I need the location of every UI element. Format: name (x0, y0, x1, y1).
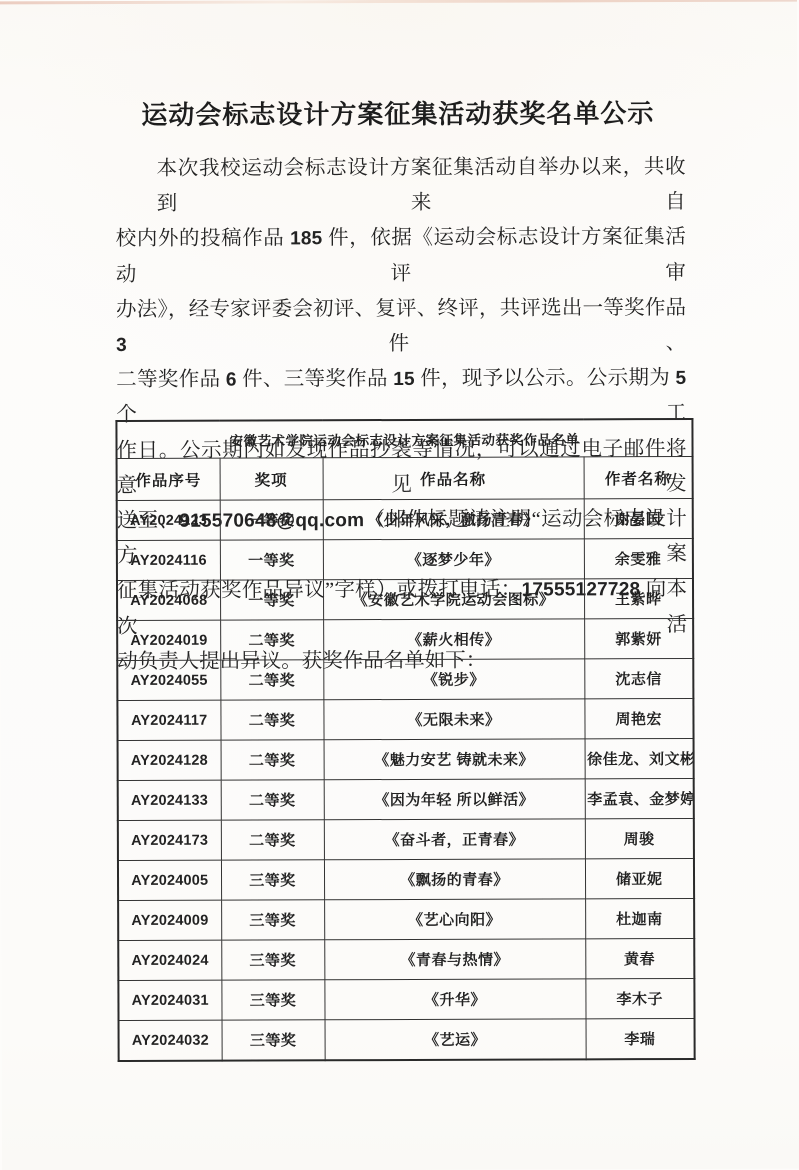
header-award: 奖项 (220, 458, 323, 500)
cell-award: 二等奖 (220, 700, 323, 740)
cell-work-id: AY2024133 (118, 780, 221, 820)
cell-work-title: 《薪火相传》 (323, 619, 584, 660)
cell-work-id: AY2024128 (118, 740, 221, 780)
table-row: AY2024019二等奖《薪火相传》郭紫妍 (117, 618, 693, 660)
table-row: AY2024024三等奖《青春与热情》黄春 (118, 938, 694, 980)
table-row: AY2024128二等奖《魅力安艺 铸就未来》徐佳龙、刘文彬 (118, 738, 694, 780)
table-row: AY2024005三等奖《飘扬的青春》储亚妮 (118, 858, 694, 900)
cell-author: 王紫晔 (584, 578, 693, 618)
cell-award: 一等奖 (220, 500, 323, 540)
scan-edge-artifact (0, 0, 797, 4)
table-title: 安徽艺术学院运动会标志设计方案征集活动获奖作品名单 (116, 419, 692, 459)
header-work-id: 作品序号 (117, 458, 220, 500)
header-work-title: 作品名称 (323, 457, 584, 500)
document-title: 运动会标志设计方案征集活动获奖名单公示 (0, 98, 797, 133)
table-header-row: 作品序号 奖项 作品名称 作者名称 (117, 456, 693, 500)
cell-work-id: AY2024009 (118, 900, 221, 940)
cell-award: 一等奖 (220, 540, 323, 580)
cell-work-title: 《锐步》 (323, 659, 584, 700)
cell-work-id: AY2024117 (117, 700, 220, 740)
cell-award: 三等奖 (221, 980, 324, 1020)
cell-work-title: 《艺心向阳》 (324, 899, 585, 940)
cell-author: 杜迦南 (585, 898, 694, 938)
cell-award: 二等奖 (221, 740, 324, 780)
table-row: AY2024173二等奖《奋斗者，正青春》周骏 (118, 818, 694, 860)
table-body: AY2024123一等奖《少年风采，激扬青春》谢晏国AY2024116一等奖《逐… (117, 498, 695, 1061)
cell-author: 徐佳龙、刘文彬 (585, 738, 694, 778)
cell-work-title: 《魅力安艺 铸就未来》 (324, 739, 585, 780)
cell-author: 郭紫妍 (584, 618, 693, 658)
cell-work-id: AY2024005 (118, 860, 221, 900)
cell-work-id: AY2024068 (117, 580, 220, 620)
table-row: AY2024031三等奖《升华》李木子 (118, 978, 694, 1020)
cell-work-id: AY2024031 (118, 980, 221, 1020)
table-row: AY2024032三等奖《艺运》李瑞 (119, 1018, 695, 1061)
cell-author: 周艳宏 (584, 698, 693, 738)
cell-work-title: 《升华》 (324, 979, 585, 1020)
table-row: AY2024116一等奖《逐梦少年》余雯雅 (117, 538, 693, 580)
cell-work-id: AY2024123 (117, 500, 220, 540)
cell-author: 李孟袁、金梦婷 (585, 778, 694, 818)
cell-award: 二等奖 (221, 780, 324, 820)
paragraph-line: 本次我校运动会标志设计方案征集活动自举办以来，共收到来自 (115, 150, 685, 222)
cell-work-id: AY2024019 (117, 620, 220, 660)
cell-work-id: AY2024024 (118, 940, 221, 980)
cell-work-title: 《青春与热情》 (324, 939, 585, 980)
cell-author: 黄春 (585, 938, 694, 978)
cell-work-title: 《无限未来》 (323, 699, 584, 740)
cell-author: 周骏 (585, 818, 694, 858)
cell-award: 二等奖 (220, 620, 323, 660)
cell-work-id: AY2024116 (117, 540, 220, 580)
cell-work-title: 《飘扬的青春》 (324, 859, 585, 900)
cell-award: 三等奖 (221, 940, 324, 980)
scanned-page: 运动会标志设计方案征集活动获奖名单公示 本次我校运动会标志设计方案征集活动自举办… (0, 0, 799, 1170)
header-author: 作者名称 (584, 456, 693, 498)
cell-author: 储亚妮 (585, 858, 694, 898)
cell-award: 二等奖 (221, 820, 324, 860)
cell-award: 三等奖 (221, 900, 324, 940)
cell-work-id: AY2024032 (119, 1020, 222, 1061)
cell-work-title: 《因为年轻 所以鲜活》 (324, 779, 585, 820)
table-title-row: 安徽艺术学院运动会标志设计方案征集活动获奖作品名单 (116, 419, 692, 459)
cell-award: 一等奖 (220, 580, 323, 620)
cell-work-title: 《少年风采，激扬青春》 (323, 499, 584, 540)
cell-work-title: 《奋斗者，正青春》 (324, 819, 585, 860)
award-table: 安徽艺术学院运动会标志设计方案征集活动获奖作品名单 作品序号 奖项 作品名称 作… (115, 418, 695, 1062)
cell-author: 谢晏国 (584, 498, 693, 538)
cell-author: 余雯雅 (584, 538, 693, 578)
table-row: AY2024117二等奖《无限未来》周艳宏 (117, 698, 693, 740)
table-row: AY2024068一等奖《安徽艺术学院运动会图标》王紫晔 (117, 578, 693, 620)
table-row: AY2024055二等奖《锐步》沈志信 (117, 658, 693, 700)
paragraph-line: 办法》，经专家评委会初评、复评、终评，共评选出一等奖作品 3 件、 (116, 291, 686, 363)
cell-award: 二等奖 (220, 660, 323, 700)
table-row: AY2024133二等奖《因为年轻 所以鲜活》李孟袁、金梦婷 (118, 778, 694, 820)
cell-work-title: 《安徽艺术学院运动会图标》 (323, 579, 584, 620)
table-row: AY2024009三等奖《艺心向阳》杜迦南 (118, 898, 694, 940)
cell-work-id: AY2024055 (117, 660, 220, 700)
cell-work-title: 《艺运》 (325, 1019, 586, 1060)
paragraph-line: 校内外的投稿作品 185 件，依据《运动会标志设计方案征集活动评审 (116, 220, 686, 292)
cell-award: 三等奖 (222, 1020, 325, 1061)
cell-author: 沈志信 (584, 658, 693, 698)
cell-award: 三等奖 (221, 860, 324, 900)
table-row: AY2024123一等奖《少年风采，激扬青春》谢晏国 (117, 498, 693, 540)
cell-work-title: 《逐梦少年》 (323, 539, 584, 580)
cell-author: 李瑞 (586, 1018, 695, 1059)
cell-author: 李木子 (585, 978, 694, 1018)
cell-work-id: AY2024173 (118, 820, 221, 860)
